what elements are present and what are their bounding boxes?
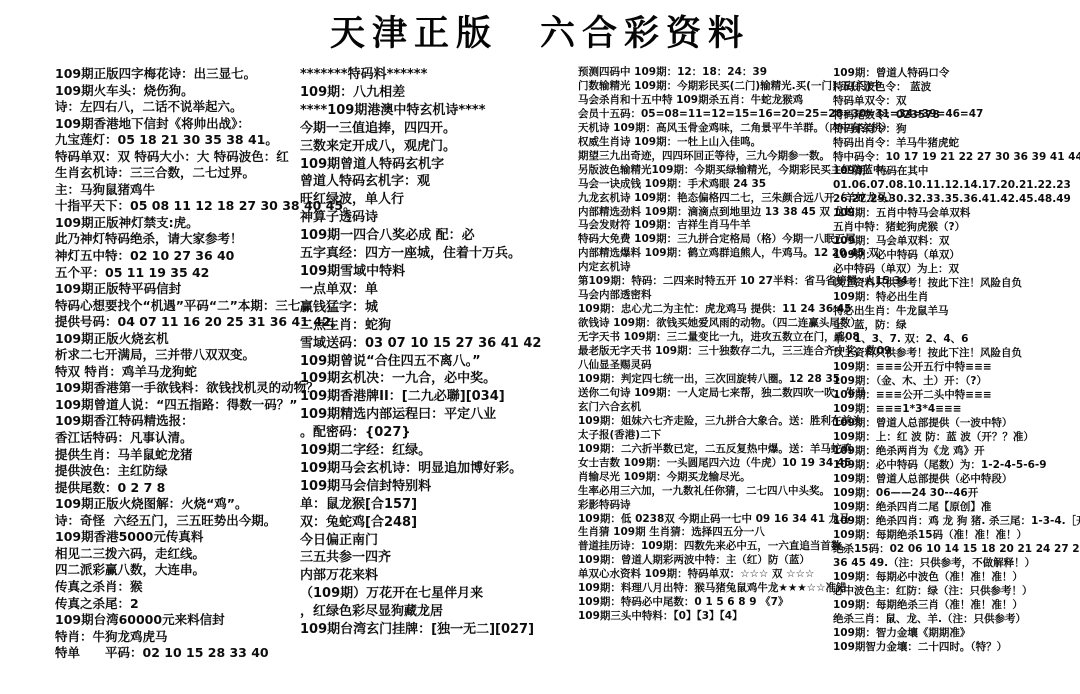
text-line: 特码心想要找个“机遇”平码“二”本期：三七。 (55, 298, 300, 315)
text-line: ，红绿色彩尽显狗藏龙居 (300, 603, 562, 621)
text-line: 109期：特码在其中 (833, 164, 1078, 178)
text-line: 26.27.29.30.32.33.35.36.41.42.45.48.49 (833, 192, 1078, 206)
text-line: 109期：马会单双料：双 (833, 234, 1078, 248)
text-line: 109期香江特码精选报： (55, 413, 300, 430)
text-line: 马会一诀成钱 109期：手术鸡眼 24 35 (578, 178, 830, 192)
text-line: 109期：≡≡≡1*3*4≡≡≡ (833, 402, 1078, 416)
text-line: 109期香港地下信封《将帅出战》： (55, 116, 300, 133)
text-line: 109期台湾60000元来料信封 (55, 612, 300, 629)
column-3: 预测四码中 109期：12：18：24：39门数输精光 109期：今期彩民买(二… (578, 66, 830, 624)
text-line: 109期火车头：烧伤狗。 (55, 83, 300, 100)
text-line: 绝杀15码：02 06 10 14 15 18 20 21 24 27 28 3… (833, 542, 1078, 556)
text-line: 109期：每期必中波色（准！准！准！） (833, 570, 1078, 584)
text-line: ****109期港澳中特玄机诗**** (300, 102, 562, 120)
text-line: 109期正版四字梅花诗：出三显七。 (55, 66, 300, 83)
text-line: 女士吉数 109期：一头圆尾四六边（牛虎）10 19 34 45 (578, 457, 830, 471)
text-line: 双：兔蛇鸡[合248] (300, 514, 562, 532)
text-line: 九宝莲灯：05 18 21 30 35 38 41。 (55, 132, 300, 149)
text-line: 诗：奇怪 六经五门，三五旺势出今期。 (55, 513, 300, 530)
text-line: 内部精选爆料 109期：鹤立鸡群追熊人，牛鸡马。12 20 45 双 (578, 247, 830, 261)
text-line: 以上资料只供参考！按此下注！风险自负 (833, 346, 1078, 360)
text-line: 特中码令：10 17 19 21 22 27 30 36 39 41 44 49 (833, 150, 1078, 164)
text-line: 特码杀波色令： 蓝波 (833, 80, 1078, 94)
text-line: 今日偏正南门 (300, 532, 562, 550)
text-line: 上：蓝，防：绿 (833, 318, 1078, 332)
text-line: 109期正版特平码信封 (55, 281, 300, 298)
text-line: 特码出肖令：羊马牛猪虎蛇 (833, 136, 1078, 150)
text-line: 期望三九出奇迹，四四环回正等待，三九今期参一数。 (578, 150, 830, 164)
text-line: 内部精选劲料 109期：滴滴点到地里边 13 38 45 双 龙蛇 (578, 206, 830, 220)
text-line: 马会内部透密料 (578, 289, 830, 303)
text-line: 109期正版神灯禁支:虎。 (55, 215, 300, 232)
text-line: 109期：每期绝杀三肖（准！准！准！） (833, 598, 1078, 612)
text-line: 特码尾数令：023578 (833, 108, 1078, 122)
text-line: 会员十五码：05=08=11=12=15=16=20=25=28=30=31=3… (578, 108, 830, 122)
text-line: 传真之杀尾：2 (55, 596, 300, 613)
text-line: 109期智力金壤：二十四时。（特？） (833, 640, 1078, 654)
text-line: 天机诗 109期：高风玉骨金鸡味，二角景平牛羊群。（内中有玄机） (578, 122, 830, 136)
text-line: 五字真经：四方一座城，住着十万兵。 (300, 245, 562, 263)
column-2: *******特码料******109期：八九相差****109期港澳中特玄机诗… (300, 66, 562, 639)
column-1: 109期正版四字梅花诗：出三显七。109期火车头：烧伤狗。诗：左四右八，二话不说… (55, 66, 300, 662)
text-line: 109期台湾玄门挂牌：[独一无二][027] (300, 621, 562, 639)
text-line: 109期一四合八奖必成 配：必 (300, 227, 562, 245)
text-line: 109期：上：红 波 防：蓝 波（开？？准） (833, 430, 1078, 444)
text-line: 绝杀三肖：鼠、龙、羊.（注：只供参考） (833, 612, 1078, 626)
text-line: 赢钱猛字：城 (300, 299, 562, 317)
text-line: 五肖中特：猪蛇狗虎猴（?） (833, 220, 1078, 234)
text-line: 旺红绿波，单人行 (300, 191, 562, 209)
text-line: 109期：每期绝杀15码（准！准！准！） (833, 528, 1078, 542)
text-line: 四二派彩赢八数，大连串。 (55, 562, 300, 579)
text-line: 109期：曾道人总部提供（必中特段） (833, 472, 1078, 486)
text-line: 五个平：05 11 19 35 42 (55, 265, 300, 282)
text-line: 普道挂历诗：109期：四数先来必中五，一六直追当首数。 (578, 540, 830, 554)
text-line: 109期：料理八月出特：猴马猪兔鼠鸡牛龙★★★☆☆准错 (578, 582, 830, 596)
text-line: 曾道人特码玄机字：观 (300, 173, 562, 191)
lottery-info-sheet: 天津正版 六合彩资料 109期正版四字梅花诗：出三显七。109期火车头：烧伤狗。… (0, 0, 1080, 694)
text-line: 109期二字经：红绿。 (300, 442, 562, 460)
text-line: 109期：忠心尤二为主忙：虎龙鸡马 提供：11 24 36 45 (578, 303, 830, 317)
text-line: 彩影特码诗 (578, 499, 830, 513)
text-line: 提供生肖：马羊鼠蛇龙猪 (55, 447, 300, 464)
text-line: 提供号码：04 07 11 16 20 25 31 36 41 42。 (55, 314, 300, 331)
text-line: 送你二句诗 109期：一人定局七来帮，独二数四吹一吹。牛马 (578, 387, 830, 401)
text-line: 109期玄机决：一九合，必中奖。 (300, 370, 562, 388)
text-line: 生率必用三六加，一九数礼任你猜，二七四八中头奖。 (578, 485, 830, 499)
page-title: 天津正版 六合彩资料 (0, 6, 1080, 56)
text-line: 八仙显圣赐灵码 (578, 359, 830, 373)
text-line: 109期正版火烧图解：火烧“鸡”。 (55, 496, 300, 513)
text-line: 109期：低 0238双 今期止码一七中 09 16 34 41 龙马 (578, 513, 830, 527)
text-line: 提供尾数：0 2 7 8 (55, 480, 300, 497)
text-line: 以上资料只供参考！按此下注！风险自负 (833, 276, 1078, 290)
text-line: 必中特码（单双）为上：双 (833, 262, 1078, 276)
text-line: 欲钱诗 109期：欲钱买她爱风雨的动物。（四二连赢头尾数） (578, 317, 830, 331)
text-line: 特必出生肖：牛龙鼠羊马 (833, 304, 1078, 318)
text-line: 神算子透码诗 (300, 209, 562, 227)
text-line: 109期：特必出生肖 (833, 290, 1078, 304)
text-line: 109期马会玄机诗：明显追加博好彩。 (300, 460, 562, 478)
text-line: 三数来定开成八，观虎门。 (300, 138, 562, 156)
text-line: 单双心水资料 109期：特码单双：☆☆☆ 双 ☆☆☆ (578, 568, 830, 582)
text-line: 109期香港5000元传真料 (55, 529, 300, 546)
text-line: 109期曾道人说：“四五指路：得数一码？” (55, 397, 300, 414)
text-line: 特双 特肖：鸡羊马龙狗蛇 (55, 364, 300, 381)
text-line: 109期：判定四七统一出，三次回旋转八圈。12 28 35 (578, 373, 830, 387)
text-line: 109期：必中特码（单双） (833, 248, 1078, 262)
text-line: 36 45 49.（注：只供参考，不做解释！） (833, 556, 1078, 570)
text-line: 马会杀肖和十五中特 109期杀五肖：牛蛇龙猴鸡 (578, 94, 830, 108)
text-line: 109期曾说“合住四五不离八。” (300, 353, 562, 371)
text-line: 。配密码：{027} (300, 424, 562, 442)
text-line: 门数输精光 109期：今期彩民买(二门)输精光.买(一门).五(门)中 (578, 80, 830, 94)
text-line: 一点单双：单 (300, 281, 562, 299)
text-line: 马会发财符 109期：吉祥生肖马牛羊 (578, 219, 830, 233)
text-line: 最老版无字天书 109期：三十独数存二九，三三连合齐中奖，数09 (578, 345, 830, 359)
text-line: 香江话特码：凡事认清。 (55, 430, 300, 447)
text-line: 特肖：牛狗龙鸡虎马 (55, 629, 300, 646)
text-line: 玄门六合玄机 (578, 401, 830, 415)
text-line: 预测四码中 109期：12：18：24：39 (578, 66, 830, 80)
text-line: 109期：五肖中特马会单双料 (833, 206, 1078, 220)
column-4: 109期：曾道人特码口令特码杀波色令： 蓝波特码单双令：双特码尾数令：02357… (833, 66, 1078, 654)
text-line: 另版波色输精光109期：今期买绿输精光，今期彩民买主红防蓝中。 (578, 164, 830, 178)
text-line: 相见二三拨六码，走红线。 (55, 546, 300, 563)
text-line: 01.06.07.08.10.11.12.14.17.20.21.22.23 (833, 178, 1078, 192)
text-line: 二点生肖：蛇狗 (300, 317, 562, 335)
text-line: 生肖猜 109期 生肖猜：选择四五分一八 (578, 526, 830, 540)
text-line: 特码大免费 109期：三九拼合定格局（格）今期一八眠五尾 (578, 233, 830, 247)
text-line: （109期）万花开在七星伴月来 (300, 585, 562, 603)
text-line: 109期：八九相差 (300, 84, 562, 102)
text-line: 109期：06——24 30--46开 (833, 486, 1078, 500)
text-line: 109期：曾道人期彩两波中特：主（红）防（蓝） (578, 554, 830, 568)
text-line: 析求二七开满局，三并带八双双变。 (55, 347, 300, 364)
text-line: 神灯五中特：02 10 27 36 40 (55, 248, 300, 265)
text-line: 特码单双：双 特码大小：大 特码波色：红 (55, 149, 300, 166)
text-line: 109期：必中特码（尾数）为：1-2-4-5-6-9 (833, 458, 1078, 472)
text-line: 109期三头中特料：【0】【3】【4】 (578, 610, 830, 624)
text-line: 109期香港牌II：[二九必聯][034] (300, 388, 562, 406)
text-line: 十指平天下：05 08 11 12 18 27 30 38 40 45。 (55, 198, 300, 215)
text-line: 109期：≡≡≡公开二头中特≡≡≡ (833, 388, 1078, 402)
text-line: 无字天书 109期：三二量变比一九，进攻五数立在门，鸡08 (578, 331, 830, 345)
text-line: 109期马会信封特别料 (300, 478, 562, 496)
text-line: 权威生肖诗 109期：一牡上山入佳鸣。 (578, 136, 830, 150)
text-line: 肖输尽光 109期：今期买龙输尽光。 (578, 471, 830, 485)
text-line: 109期：曾道人总部提供（一波中特） (833, 416, 1078, 430)
text-line: *******特码料****** (300, 66, 562, 84)
text-line: 提供波色：主红防绿 (55, 463, 300, 480)
text-line: 109期：（金、木、土）开：（?） (833, 374, 1078, 388)
text-line: 109期雪域中特料 (300, 263, 562, 281)
text-line: 第109期：特码：二四来时特五开 10 27半料：省马省螃蟹 ·人15 34 (578, 275, 830, 289)
text-line: 此乃神灯特码绝杀，请大家参考！ (55, 231, 300, 248)
text-line: 今期一三值追捧，四四开。 (300, 120, 562, 138)
text-line: 109期：≡≡≡公开五行中特≡≡≡ (833, 360, 1078, 374)
text-line: 诗：左四右八，二话不说举起六。 (55, 99, 300, 116)
text-line: 传真之杀肖：猴 (55, 579, 300, 596)
text-line: 雪域送码：03 07 10 15 27 36 41 42 (300, 335, 562, 353)
text-line: 必中波色主：红防：绿（注：只供参考！） (833, 584, 1078, 598)
text-line: 单：鼠龙猴[合157] (300, 496, 562, 514)
text-line: 特码单双令：双 (833, 94, 1078, 108)
text-line: 三五共参一四齐 (300, 549, 562, 567)
text-line: 单：1、3、7. 双：2、4、6 (833, 332, 1078, 346)
text-line: 内定玄机诗 (578, 261, 830, 275)
text-line: 内部万花来料 (300, 567, 562, 585)
text-line: 109期：绝杀四肖：鸡 龙 狗 猪. 杀三尾：1-3-4.［开?］ (833, 514, 1078, 528)
text-line: 109期香港第一手欲钱料：欲钱找机灵的动物？ (55, 380, 300, 397)
text-line: 太子报(香港)二下 (578, 429, 830, 443)
text-line: 109期：绝杀四肖二尾【原创】准 (833, 500, 1078, 514)
text-line: 109期正版火烧玄机 (55, 331, 300, 348)
text-line: 109期：姐妹六七齐走险，三九拼合大象合。送：胜利在前头 (578, 415, 830, 429)
text-line: 九龙玄机诗 109期：艳态偏格四二七，三朱颜合远八开（羊蛇龙马） (578, 192, 830, 206)
text-line: 109期：特码必中尾数：0 1 5 6 8 9 《7》 (578, 596, 830, 610)
text-line: 109期：智力金壤《期期准》 (833, 626, 1078, 640)
text-line: 109期：绝杀两肖为《龙 鸡》开 (833, 444, 1078, 458)
text-line: 109期：二六折半数已定，二五反复热中爆。送：羊马蛇鸡 (578, 443, 830, 457)
text-line: 109期精选内部运程曰：平定八业 (300, 406, 562, 424)
text-line: 特单 平码：02 10 15 28 33 40 (55, 645, 300, 662)
text-line: 特码杀肖令：狗 (833, 122, 1078, 136)
text-line: 生肖玄机诗：三三合数，二七过界。 (55, 165, 300, 182)
text-line: 109期曾道人特码玄机字 (300, 156, 562, 174)
text-line: 109期：曾道人特码口令 (833, 66, 1078, 80)
text-line: 主：马狗鼠猪鸡牛 (55, 182, 300, 199)
